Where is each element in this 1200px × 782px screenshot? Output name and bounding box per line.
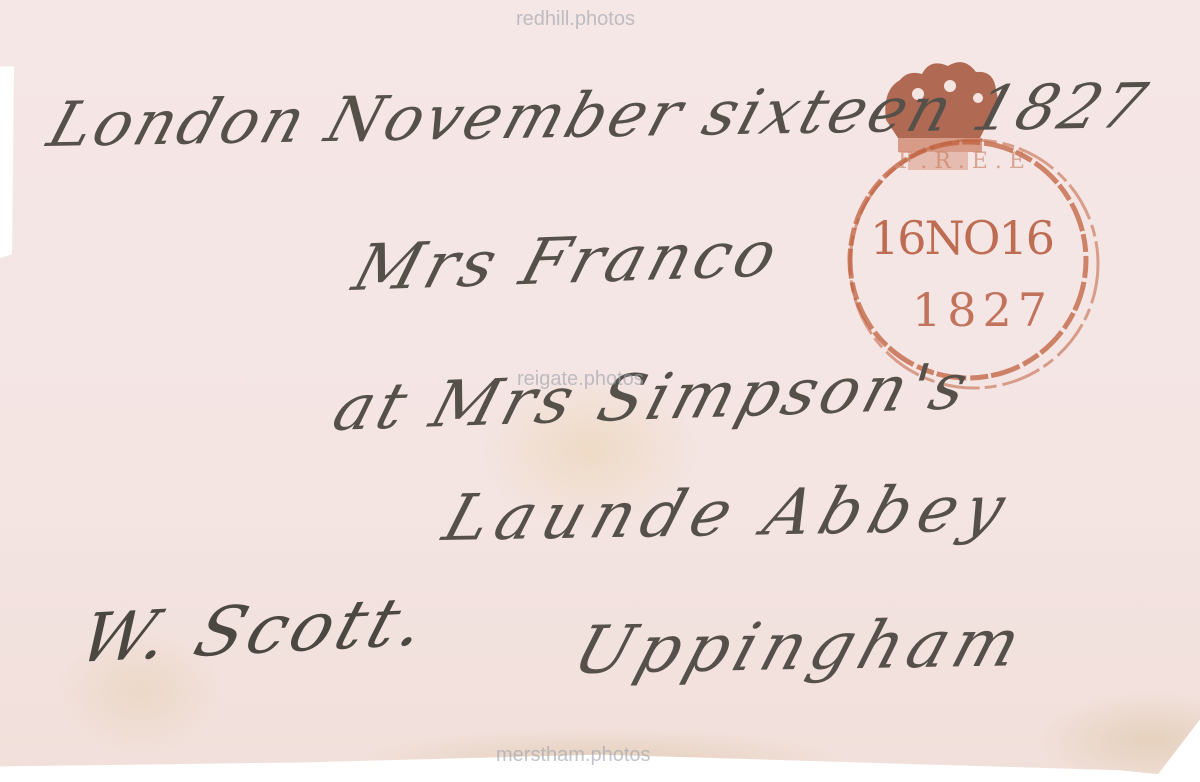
postmark-free-text: F . R . E . E xyxy=(898,149,1025,174)
postmark-date-text: 16NO16 xyxy=(870,211,1053,265)
address-line-house: Launde Abbey xyxy=(435,472,1021,556)
address-line-town: Uppingham xyxy=(565,604,1036,689)
watermark-bottom: merstham.photos xyxy=(496,744,651,767)
address-line-recipient: Mrs Franco xyxy=(345,217,789,306)
postmark-year-text: 1827 xyxy=(912,283,1053,337)
watermark-middle: reigate.photos xyxy=(517,368,644,391)
watermark-top: redhill.photos xyxy=(516,8,635,31)
